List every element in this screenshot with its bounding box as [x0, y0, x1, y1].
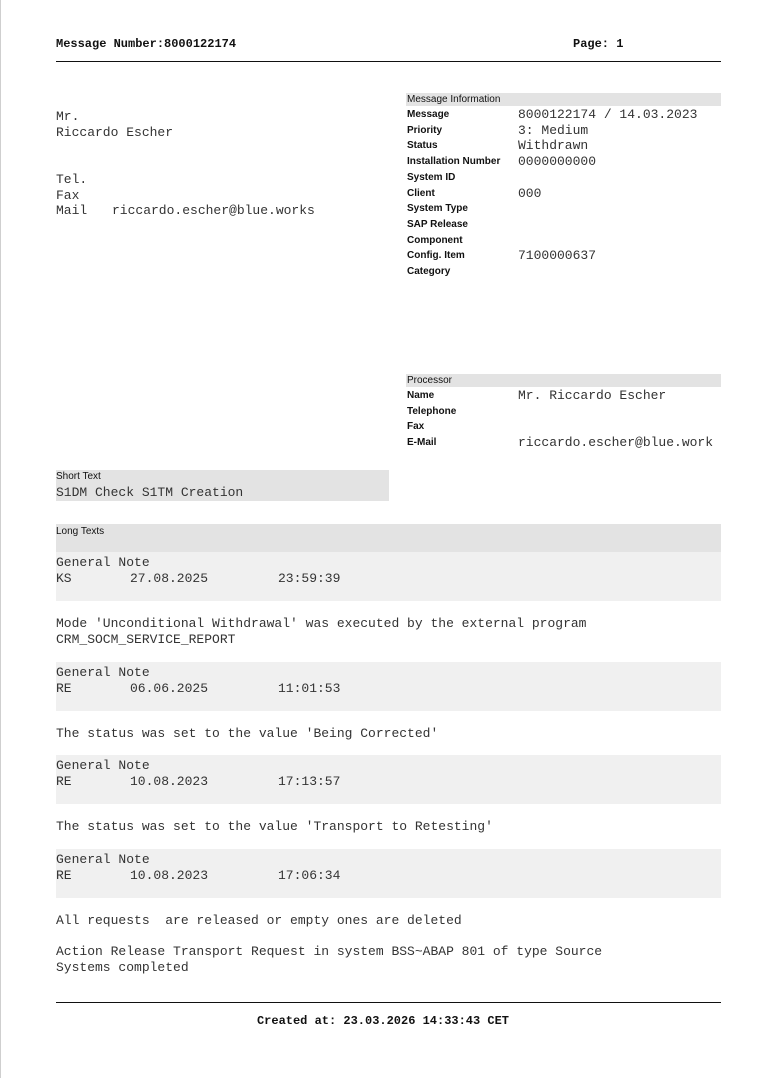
note-date: 10.08.2023	[130, 774, 208, 790]
info-row-label: Client	[407, 188, 435, 199]
info-row-value: Mr. Riccardo Escher	[518, 388, 666, 404]
page-indicator: Page: 1	[573, 37, 623, 51]
info-row: Client000	[407, 186, 721, 202]
info-row-value: 3: Medium	[518, 123, 588, 139]
info-row-value: 0000000000	[518, 154, 596, 170]
info-row-label: Message	[407, 109, 449, 120]
long-texts-header: Long Texts	[56, 524, 721, 552]
info-row-label: Config. Item	[407, 250, 465, 261]
info-row-label: E-Mail	[407, 437, 436, 448]
note-text-line: The status was set to the value 'Transpo…	[56, 819, 493, 835]
note-date: 10.08.2023	[130, 868, 208, 884]
note-type: General Note	[56, 852, 150, 868]
address-fax-label: Fax	[56, 188, 79, 204]
info-row-label: Priority	[407, 125, 442, 136]
page-number: 1	[616, 37, 623, 51]
short-text-value: S1DM Check S1TM Creation	[56, 485, 243, 501]
message-information-title: Message Information	[407, 93, 500, 106]
note-date: 06.06.2025	[130, 681, 208, 697]
info-row: System Type	[407, 201, 721, 217]
info-row: Priority3: Medium	[407, 123, 721, 139]
note-author: RE	[56, 868, 72, 884]
info-row: Fax	[407, 419, 721, 435]
note-type: General Note	[56, 555, 150, 571]
info-row: Message8000122174 / 14.03.2023	[407, 107, 721, 123]
note-text-line: Mode 'Unconditional Withdrawal' was exec…	[56, 616, 587, 632]
note-time: 17:06:34	[278, 868, 340, 884]
info-row: E-Mailriccardo.escher@blue.work	[407, 435, 721, 451]
address-tel-label: Tel.	[56, 172, 87, 188]
info-row-value: Withdrawn	[518, 138, 588, 154]
info-row: Installation Number0000000000	[407, 154, 721, 170]
long-texts-title: Long Texts	[56, 526, 104, 537]
info-row: Component	[407, 233, 721, 249]
note-text-line: CRM_SOCM_SERVICE_REPORT	[56, 632, 235, 648]
info-row: Telephone	[407, 404, 721, 420]
info-row-label: System Type	[407, 203, 468, 214]
note-type: General Note	[56, 665, 150, 681]
note-date: 27.08.2025	[130, 571, 208, 587]
info-row-label: Installation Number	[407, 156, 500, 167]
info-row-label: System ID	[407, 172, 455, 183]
info-row-label: Component	[407, 235, 463, 246]
info-row: System ID	[407, 170, 721, 186]
info-row: NameMr. Riccardo Escher	[407, 388, 721, 404]
message-number-value: 8000122174	[164, 37, 236, 51]
address-salutation: Mr.	[56, 109, 79, 125]
footer-divider	[56, 1002, 721, 1003]
processor-title: Processor	[407, 374, 452, 387]
address-mail-label: Mail	[56, 203, 87, 219]
page-label: Page:	[573, 37, 609, 51]
note-text-line: The status was set to the value 'Being C…	[56, 726, 438, 742]
page-left-border	[0, 0, 1, 1078]
info-row: SAP Release	[407, 217, 721, 233]
info-row-value: riccardo.escher@blue.work	[518, 435, 713, 451]
info-row: StatusWithdrawn	[407, 138, 721, 154]
note-time: 23:59:39	[278, 571, 340, 587]
note-header-block: General NoteRE10.08.202317:06:34	[56, 849, 721, 898]
note-header-block: General NoteRE10.08.202317:13:57	[56, 755, 721, 804]
message-number-header: Message Number:8000122174	[56, 37, 236, 51]
note-time: 11:01:53	[278, 681, 340, 697]
info-row-value: 8000122174 / 14.03.2023	[518, 107, 697, 123]
created-at-timestamp: Created at: 23.03.2026 14:33:43 CET	[0, 1014, 766, 1028]
address-mail-value: riccardo.escher@blue.works	[112, 203, 315, 219]
info-row: Config. Item7100000637	[407, 248, 721, 264]
note-author: RE	[56, 774, 72, 790]
note-text-line: Systems completed	[56, 960, 189, 976]
note-time: 17:13:57	[278, 774, 340, 790]
info-row-value: 000	[518, 186, 541, 202]
note-author: RE	[56, 681, 72, 697]
note-text-line: Action Release Transport Request in syst…	[56, 944, 602, 960]
message-number-label: Message Number:	[56, 37, 164, 51]
info-row-label: SAP Release	[407, 219, 468, 230]
note-text-line: All requests are released or empty ones …	[56, 913, 462, 929]
address-name: Riccardo Escher	[56, 125, 173, 141]
message-information-header: Message Information	[406, 93, 721, 106]
header-divider	[56, 61, 721, 62]
note-header-block: General NoteRE06.06.202511:01:53	[56, 662, 721, 711]
info-row-label: Status	[407, 140, 438, 151]
note-author: KS	[56, 571, 72, 587]
info-row-label: Fax	[407, 421, 424, 432]
short-text-box: Short Text S1DM Check S1TM Creation	[56, 470, 389, 501]
info-row-label: Name	[407, 390, 434, 401]
processor-header: Processor	[406, 374, 721, 387]
info-row-label: Category	[407, 266, 450, 277]
short-text-label: Short Text	[56, 471, 101, 482]
info-row-value: 7100000637	[518, 248, 596, 264]
note-type: General Note	[56, 758, 150, 774]
info-row: Category	[407, 264, 721, 280]
note-header-block: General NoteKS27.08.202523:59:39	[56, 552, 721, 601]
info-row-label: Telephone	[407, 406, 456, 417]
